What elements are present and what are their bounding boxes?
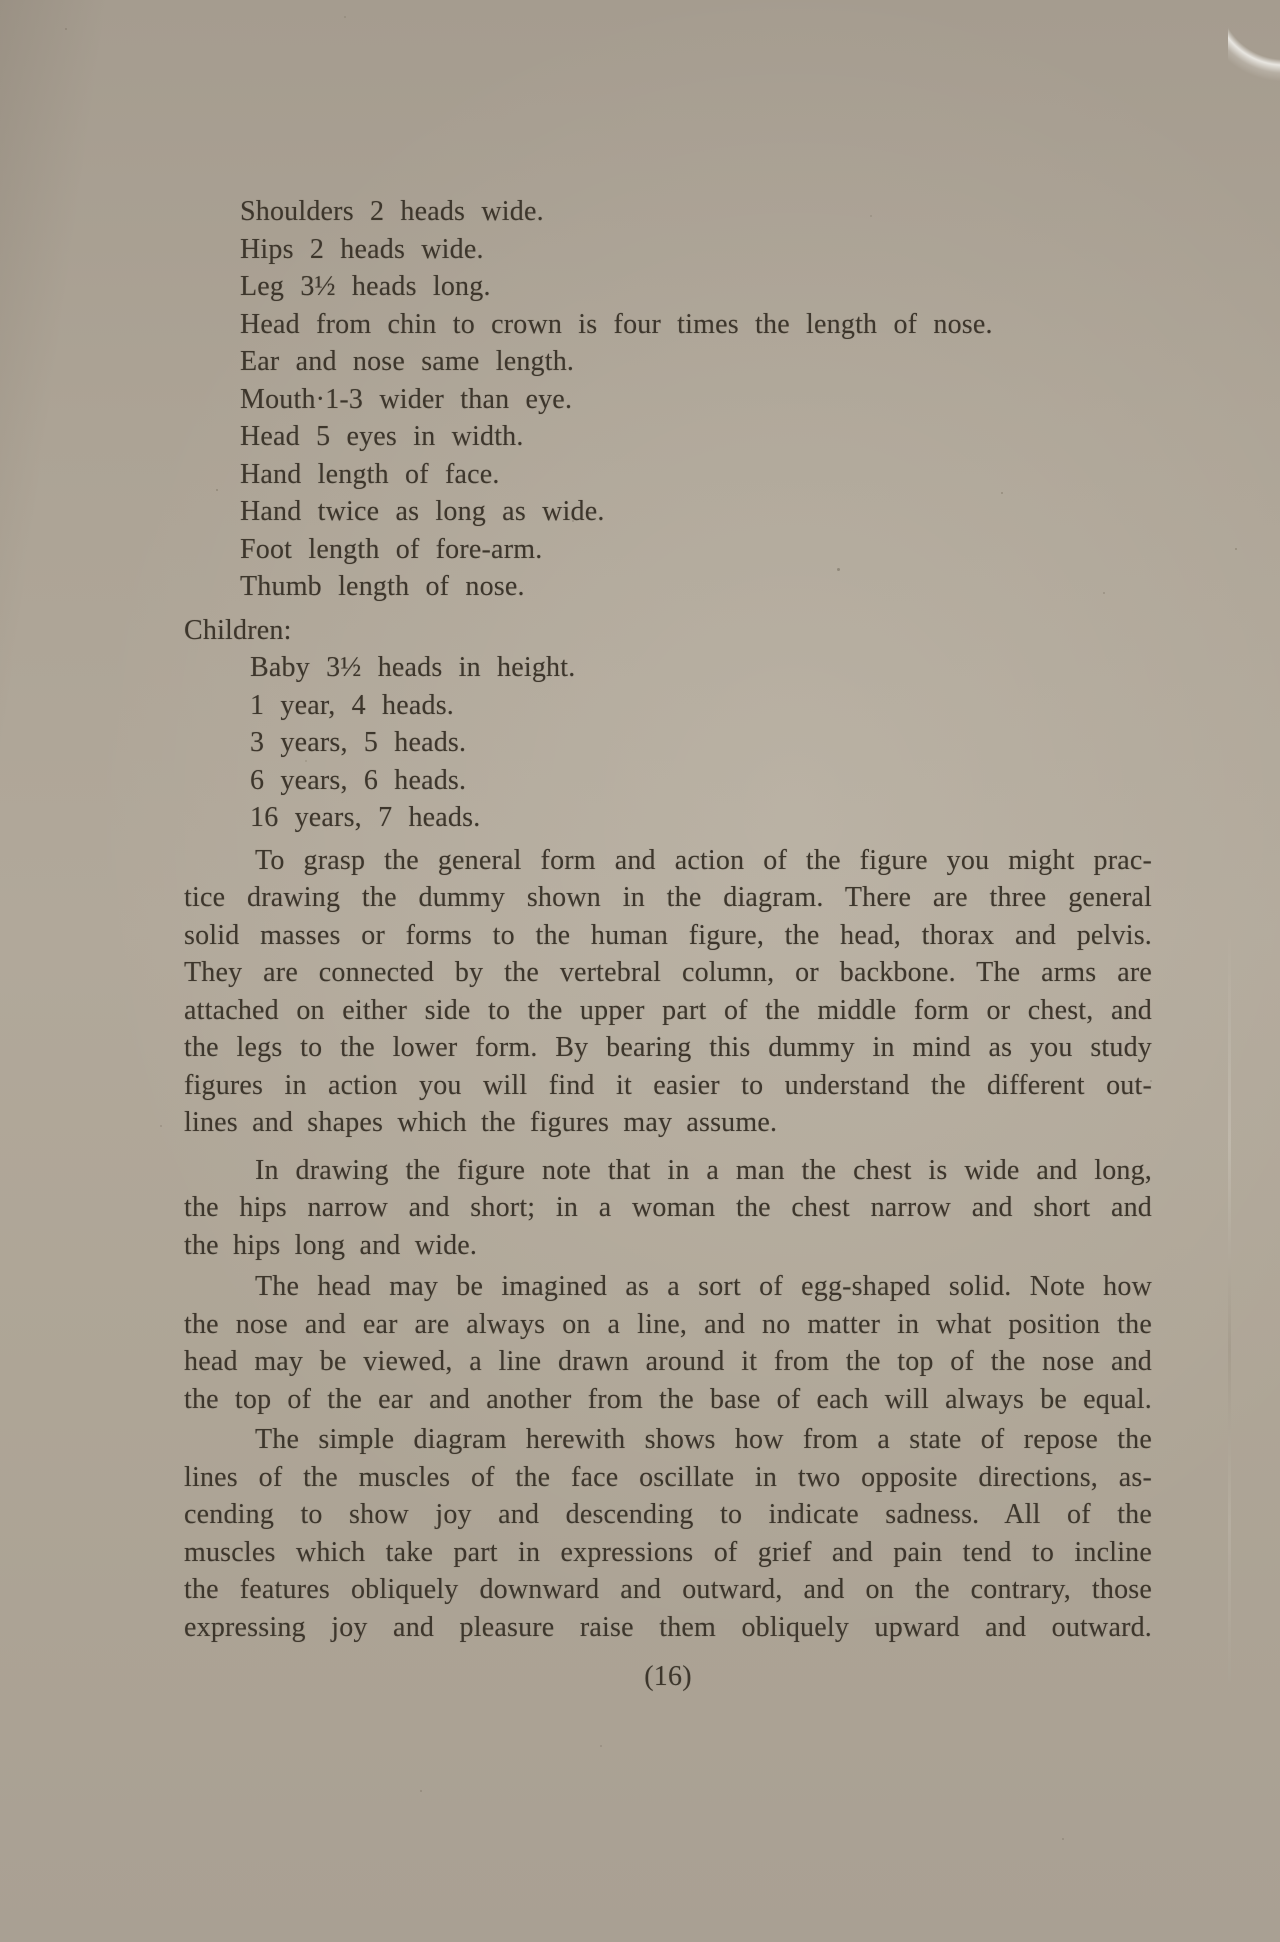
paragraph: The simple diagram herewith shows how fr…: [184, 1421, 1152, 1646]
paper-speck: [1235, 548, 1237, 550]
paragraph-line: muscles which take part in expressions o…: [184, 1534, 1152, 1572]
paper-speck: [344, 16, 346, 18]
paper-speck: [65, 28, 67, 30]
child-line: Baby 3½ heads in height.: [250, 649, 1152, 687]
child-line: 6 years, 6 heads.: [250, 762, 1152, 800]
paragraph-line: the top of the ear and another from the …: [184, 1381, 1152, 1419]
paragraph-line: cending to show joy and descending to in…: [184, 1496, 1152, 1534]
paragraph-line: lines of the muscles of the face oscilla…: [184, 1459, 1152, 1497]
proportion-line: Thumb length of nose.: [240, 568, 1152, 606]
paragraph-line: They are connected by the vertebral colu…: [184, 954, 1152, 992]
proportion-line: Foot length of fore-arm.: [240, 531, 1152, 569]
paragraph-line: The head may be imagined as a sort of eg…: [184, 1268, 1152, 1306]
proportion-line: Mouth·1-3 wider than eye.: [240, 381, 1152, 419]
proportions-list: Shoulders 2 heads wide.Hips 2 heads wide…: [240, 193, 1152, 606]
paragraphs: To grasp the general form and action of …: [184, 842, 1152, 1647]
children-list: Baby 3½ heads in height.1 year, 4 heads.…: [250, 649, 1152, 837]
corner-curl-highlight: [1228, 0, 1280, 96]
book-page: Shoulders 2 heads wide.Hips 2 heads wide…: [0, 0, 1280, 1942]
paragraph-line: The simple diagram herewith shows how fr…: [184, 1421, 1152, 1459]
paper-speck: [420, 1790, 422, 1792]
paragraph-line: solid masses or forms to the human figur…: [184, 917, 1152, 955]
proportion-line: Leg 3½ heads long.: [240, 268, 1152, 306]
proportion-line: Hand twice as long as wide.: [240, 493, 1152, 531]
paragraph-line: expressing joy and pleasure raise them o…: [184, 1609, 1152, 1647]
child-line: 1 year, 4 heads.: [250, 687, 1152, 725]
proportion-line: Hand length of face.: [240, 456, 1152, 494]
child-line: 16 years, 7 heads.: [250, 799, 1152, 837]
paragraph: In drawing the figure note that in a man…: [184, 1152, 1152, 1265]
proportion-line: Hips 2 heads wide.: [240, 231, 1152, 269]
paragraph: The head may be imagined as a sort of eg…: [184, 1268, 1152, 1418]
paper-crease: [1228, 930, 1231, 1690]
paragraph-line: attached on either side to the upper par…: [184, 992, 1152, 1030]
paragraph-line: In drawing the figure note that in a man…: [184, 1152, 1152, 1190]
paragraph-line: head may be viewed, a line drawn around …: [184, 1343, 1152, 1381]
paragraph: To grasp the general form and action of …: [184, 842, 1152, 1142]
children-heading: Children:: [184, 612, 1152, 650]
proportion-line: Shoulders 2 heads wide.: [240, 193, 1152, 231]
page-number: (16): [184, 1658, 1152, 1696]
paragraph-line: To grasp the general form and action of …: [184, 842, 1152, 880]
paragraph-line: the legs to the lower form. By bearing t…: [184, 1029, 1152, 1067]
paragraph-line: figures in action you will find it easie…: [184, 1067, 1152, 1105]
proportion-line: Head from chin to crown is four times th…: [240, 306, 1152, 344]
proportion-line: Ear and nose same length.: [240, 343, 1152, 381]
paper-speck: [1062, 1838, 1064, 1840]
paragraph-line: the features obliquely downward and outw…: [184, 1571, 1152, 1609]
child-line: 3 years, 5 heads.: [250, 724, 1152, 762]
paper-speck: [600, 1745, 602, 1747]
proportion-line: Head 5 eyes in width.: [240, 418, 1152, 456]
paragraph-line: tice drawing the dummy shown in the diag…: [184, 879, 1152, 917]
paragraph-line: the hips narrow and short; in a woman th…: [184, 1189, 1152, 1227]
paragraph-line: the hips long and wide.: [184, 1227, 1152, 1265]
paragraph-line: the nose and ear are always on a line, a…: [184, 1306, 1152, 1344]
paragraph-line: lines and shapes which the figures may a…: [184, 1104, 1152, 1142]
page-text-block: Shoulders 2 heads wide.Hips 2 heads wide…: [184, 193, 1152, 1696]
paper-speck: [160, 1125, 162, 1127]
